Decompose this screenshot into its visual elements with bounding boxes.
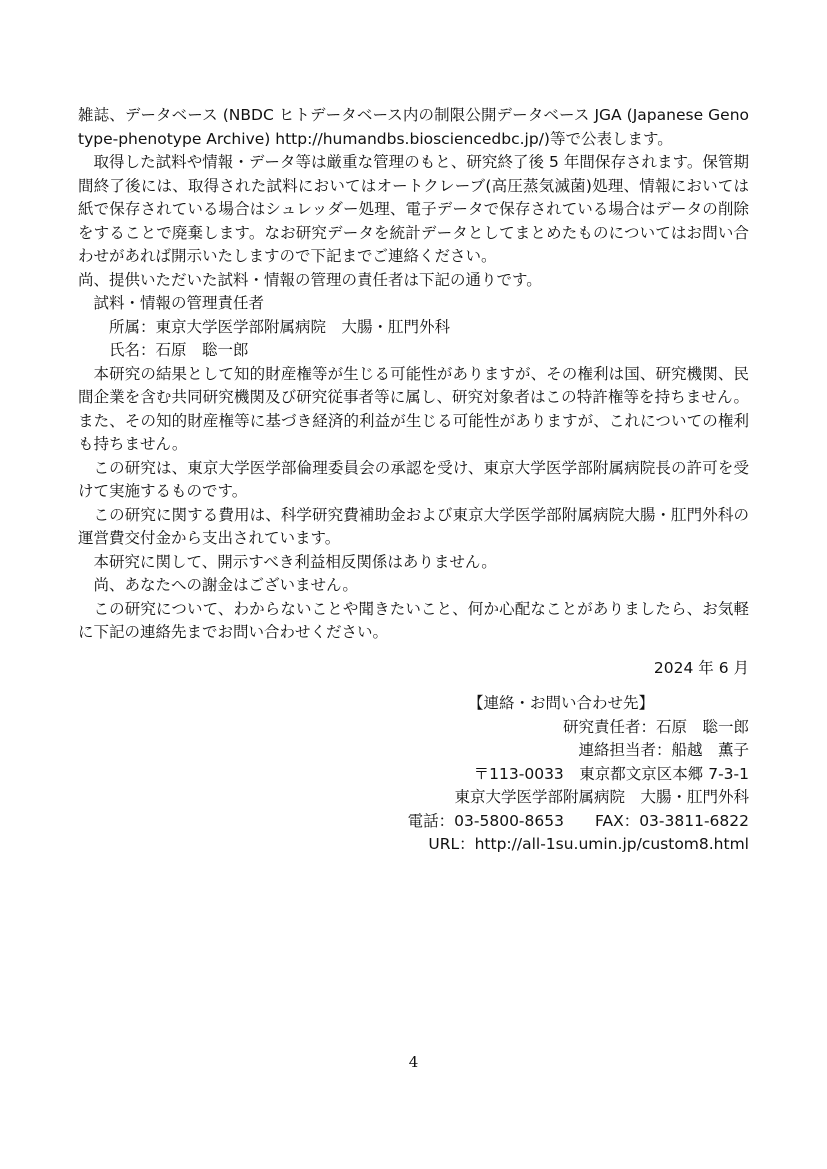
manager-affiliation: 所属：東京大学医学部附属病院 大腸・肛門外科 <box>78 316 749 340</box>
paragraph-no-reward: 尚、あなたへの謝金はございません。 <box>78 574 749 598</box>
contact-heading: 【連絡・お問い合わせ先】 <box>78 692 749 716</box>
paragraph-ethics-approval: この研究は、東京大学医学部倫理委員会の承認を受け、東京大学医学部附属病院長の許可… <box>78 457 749 504</box>
page-number: 4 <box>0 1051 827 1075</box>
contact-person: 連絡担当者：船越 薫子 <box>78 739 749 763</box>
paragraph-questions: この研究について、わからないことや聞きたいこと、何か心配なことがありましたら、お… <box>78 598 749 645</box>
paragraph-ip-rights: 本研究の結果として知的財産権等が生じる可能性がありますが、その権利は国、研究機関… <box>78 363 749 457</box>
paragraph-funding: この研究に関する費用は、科学研究費補助金および東京大学医学部附属病院大腸・肛門外… <box>78 504 749 551</box>
contact-block: 【連絡・お問い合わせ先】 研究責任者：石原 聡一郎 連絡担当者：船越 薫子 〒1… <box>78 692 749 857</box>
document-page: 雑誌、データベース (NBDC ヒトデータベース内の制限公開データベース JGA… <box>0 0 827 1169</box>
paragraph-manager-intro: 尚、提供いただいた試料・情報の管理の責任者は下記の通りです。 <box>78 269 749 293</box>
document-body: 雑誌、データベース (NBDC ヒトデータベース内の制限公開データベース JGA… <box>78 104 749 857</box>
paragraph-publication: 雑誌、データベース (NBDC ヒトデータベース内の制限公開データベース JGA… <box>78 104 749 151</box>
paragraph-storage-disposal: 取得した試料や情報・データ等は厳重な管理のもと、研究終了後 5 年間保存されます… <box>78 151 749 269</box>
document-date: 2024 年 6 月 <box>78 657 749 681</box>
contact-phone-fax: 電話：03-5800-8653 FAX：03-3811-6822 <box>78 810 749 834</box>
manager-title: 試料・情報の管理責任者 <box>78 292 749 316</box>
contact-principal-investigator: 研究責任者：石原 聡一郎 <box>78 716 749 740</box>
manager-name: 氏名：石原 聡一郎 <box>78 339 749 363</box>
contact-postal-address: 〒113-0033 東京都文京区本郷 7-3-1 <box>78 763 749 787</box>
paragraph-conflict-of-interest: 本研究に関して、開示すべき利益相反関係はありません。 <box>78 551 749 575</box>
contact-url: URL：http://all-1su.umin.jp/custom8.html <box>78 833 749 857</box>
contact-hospital-department: 東京大学医学部附属病院 大腸・肛門外科 <box>78 786 749 810</box>
